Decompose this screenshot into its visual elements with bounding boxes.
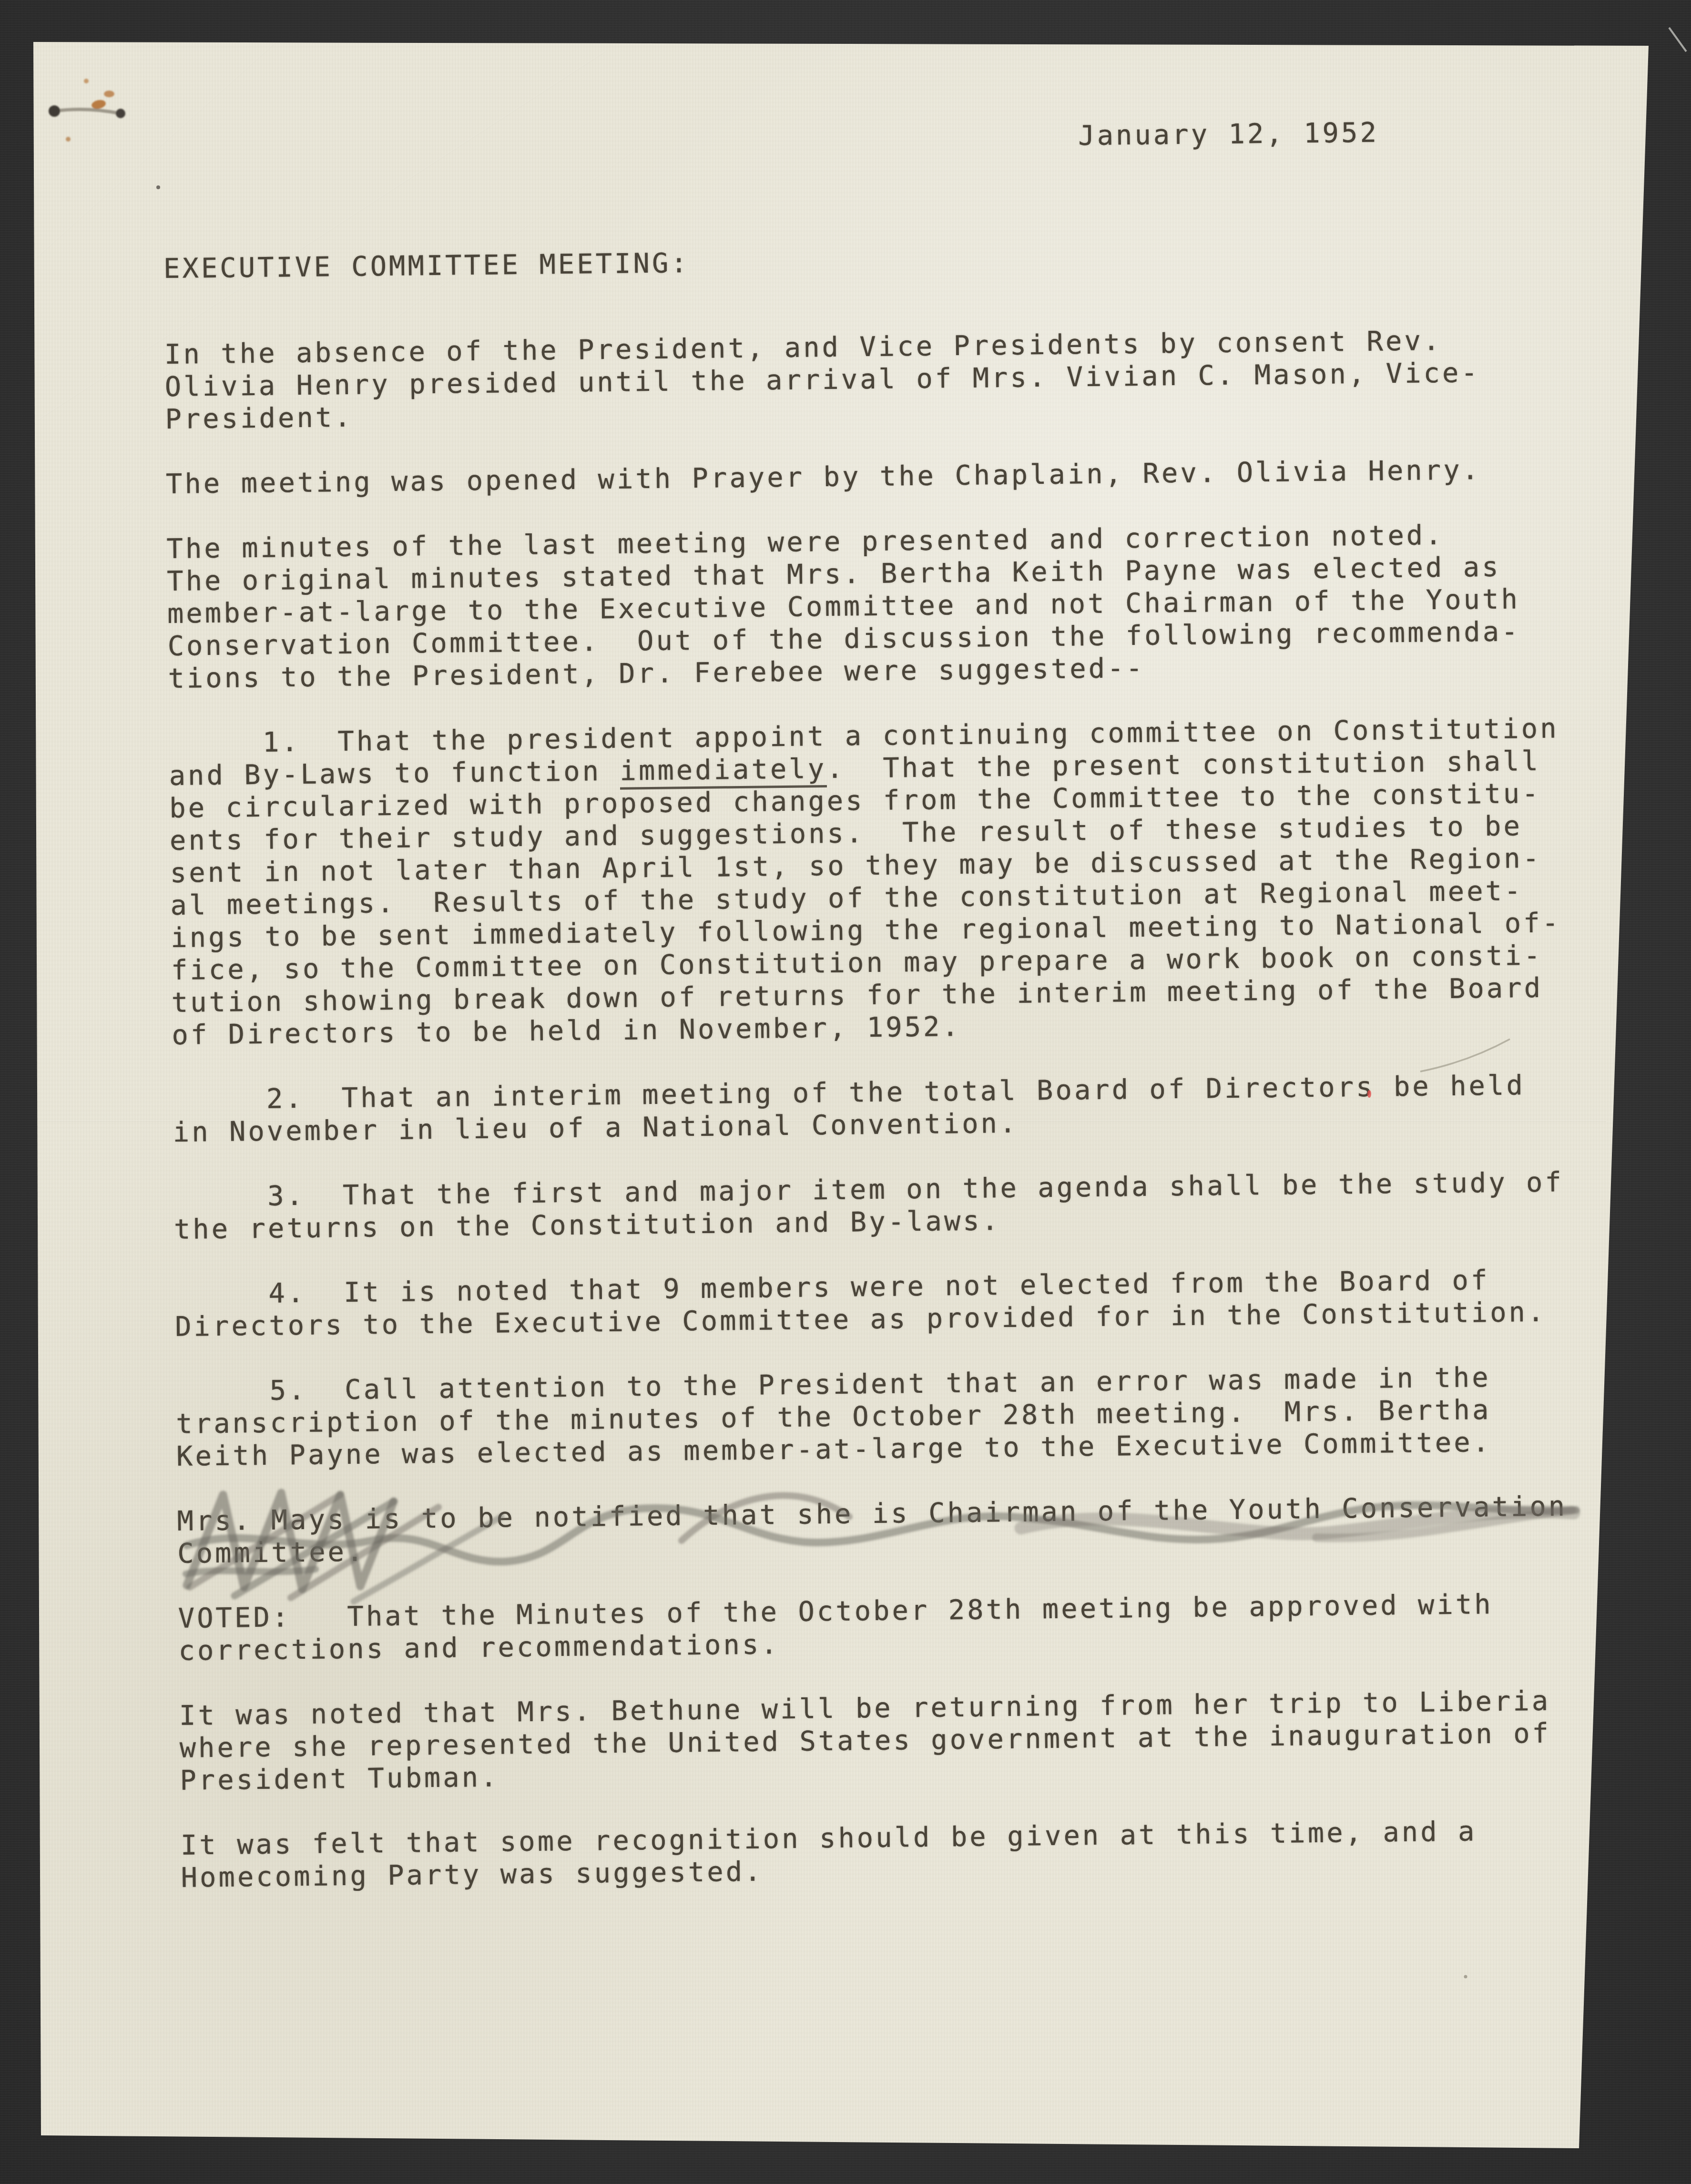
underlined-word: immediately: [620, 753, 826, 790]
paragraph-item-2: 2. That an interim meeting of the total …: [173, 1069, 1579, 1149]
paragraph-item-5: 5. Call attention to the President that …: [175, 1360, 1582, 1473]
text-line: The meeting was opened with Prayer by th…: [166, 453, 1572, 500]
document-page: January 12, 1952 EXECUTIVE COMMITTEE MEE…: [0, 0, 1691, 2184]
paragraph-list: In the absence of the President, and Vic…: [164, 270, 1587, 1894]
paragraph-item-1: 1. That the president appoint a continui…: [169, 712, 1578, 1051]
paragraph-recognition-party: It was felt that some recognition should…: [181, 1814, 1587, 1894]
paragraph-bethune-liberia: It was noted that Mrs. Bethune will be r…: [179, 1684, 1586, 1797]
paragraph-opening: In the absence of the President, and Vic…: [164, 323, 1571, 436]
mat-scratch: [1669, 28, 1686, 51]
paragraph-voted: VOTED: That the Minutes of the October 2…: [178, 1587, 1584, 1667]
paragraph-prayer: The meeting was opened with Prayer by th…: [166, 453, 1572, 500]
paragraph-item-3: 3. That the first and major item on the …: [173, 1166, 1580, 1246]
paragraph-mays-notification: Mrs. Mays is to be notified that she is …: [177, 1490, 1583, 1570]
paragraph-item-4: 4. It is noted that 9 members were not e…: [174, 1263, 1581, 1343]
photo-background: January 12, 1952 EXECUTIVE COMMITTEE MEE…: [0, 0, 1691, 2184]
document-date: January 12, 1952: [1078, 114, 1569, 152]
typewritten-text: January 12, 1952 EXECUTIVE COMMITTEE MEE…: [162, 114, 1587, 1894]
paragraph-minutes-correction: The minutes of the last meeting were pre…: [166, 518, 1574, 695]
